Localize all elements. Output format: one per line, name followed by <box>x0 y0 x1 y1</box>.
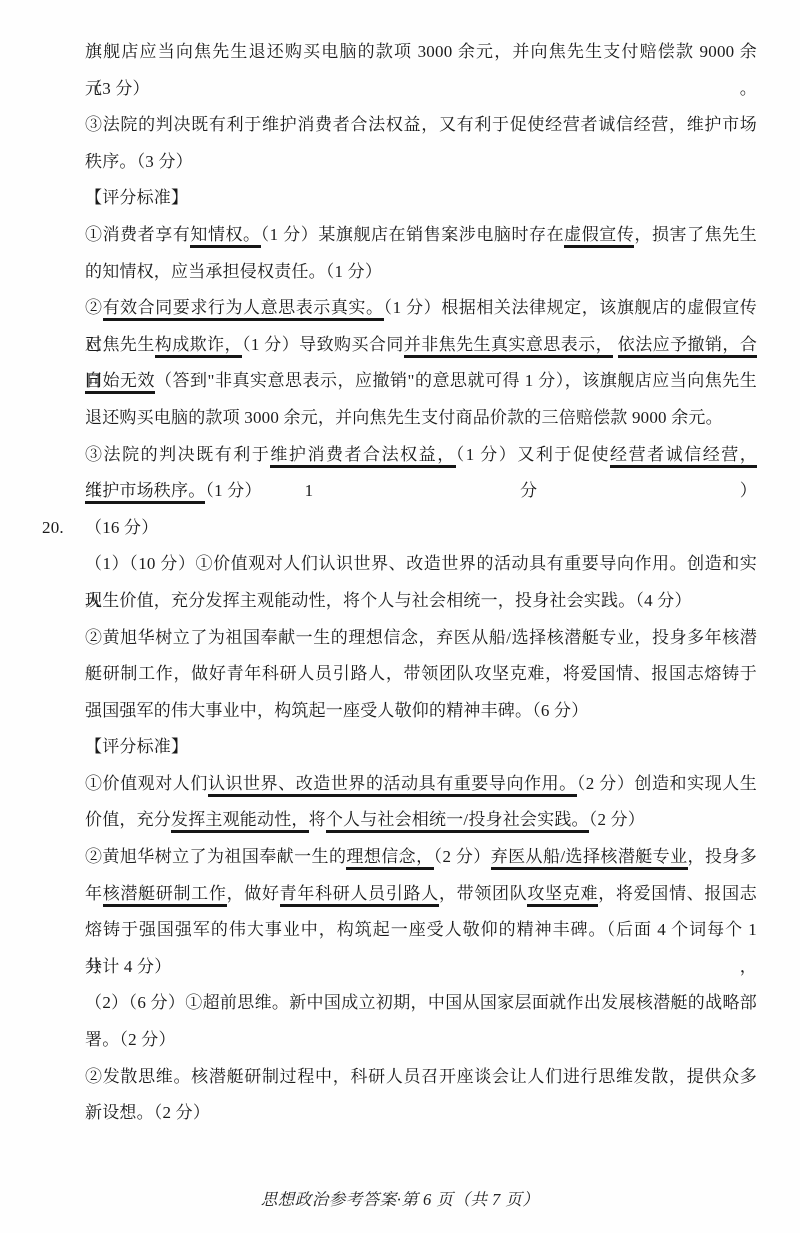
text-line: 强国强军的伟大事业中，构筑起一座受人敬仰的精神丰碑。（6 分） <box>85 693 757 730</box>
text-segment: （1 分）某旗舰店在销售案涉电脑时存在 <box>261 225 565 244</box>
text-segment: （1 分） <box>205 481 261 500</box>
underlined-text: 维护市场秩序。 <box>85 481 205 504</box>
text-line: ③法院的判决既有利于维护消费者合法权益，（1 分）又利于促使经营者诚信经营，（1… <box>85 437 757 474</box>
text-line: （1）（10 分）①价值观对人们认识世界、改造世界的活动具有重要导向作用。创造和… <box>85 546 757 583</box>
text-line: ③法院的判决既有利于维护消费者合法权益，又有利于促使经营者诚信经营，维护市场 <box>85 107 757 144</box>
text-segment: 艇研制工作，做好青年科研人员引路人，带领团队攻坚克难，将爱国情、报国志熔铸于 <box>85 664 757 683</box>
text-segment: 退还购买电脑的款项 3000 余元，并向焦先生支付商品价款的三倍赔偿款 9000… <box>85 408 723 427</box>
text-segment: 【评分标准】 <box>85 188 188 207</box>
text-segment: ，带领团队 <box>439 884 527 903</box>
text-line: 署。（2 分） <box>85 1022 757 1059</box>
underlined-text: 个人与社会相统一/投身社会实践。 <box>326 810 589 833</box>
text-line: 秩序。（3 分） <box>85 144 757 181</box>
underlined-text: 维护消费者合法权益， <box>270 445 455 468</box>
text-line: 对焦先生构成欺诈，（1 分）导致购买合同并非焦先生真实意思表示， 依法应予撤销，… <box>85 327 757 364</box>
text-line: ②黄旭华树立了为祖国奉献一生的理想信念，（2 分）弃医从船/选择核潜艇专业，投身… <box>85 839 757 876</box>
text-segment: （答到"非真实意思表示，应撤销"的意思就可得 1 分），该旗舰店应当向焦先生 <box>155 371 757 390</box>
text-segment: 署。（2 分） <box>85 1030 176 1049</box>
text-line: ①消费者享有知情权。（1 分）某旗舰店在销售案涉电脑时存在虚假宣传，损害了焦先生 <box>85 217 757 254</box>
underlined-text: 青年科研人员引路人 <box>280 884 439 907</box>
text-segment: ，将爱国情、报国志 <box>598 884 757 903</box>
text-segment: ②发散思维。核潜艇研制过程中，科研人员召开座谈会让人们进行思维发散，提供众多 <box>85 1067 757 1086</box>
text-segment: ③法院的判决既有利于维护消费者合法权益，又有利于促使经营者诚信经营，维护市场 <box>85 115 757 134</box>
text-line: 人生价值，充分发挥主观能动性，将个人与社会相统一，投身社会实践。（4 分） <box>85 583 757 620</box>
text-line: ①价值观对人们认识世界、改造世界的活动具有重要导向作用。（2 分）创造和实现人生 <box>85 766 757 803</box>
text-line: 价值，充分发挥主观能动性，将个人与社会相统一/投身社会实践。（2 分） <box>85 802 757 839</box>
text-segment: 对焦先生 <box>85 335 155 354</box>
text-segment: 人生价值，充分发挥主观能动性，将个人与社会相统一，投身社会实践。（4 分） <box>85 591 692 610</box>
text-line: 旗舰店应当向焦先生退还购买电脑的款项 3000 余元，并向焦先生支付赔偿款 90… <box>85 34 757 71</box>
text-segment: （1 分）又利于促使 <box>456 445 610 464</box>
text-segment: ②黄旭华树立了为祖国奉献一生的理想信念，弃医从船/选择核潜艇专业，投身多年核潜 <box>85 628 757 647</box>
page-footer: 思想政治参考答案·第 6 页（共 7 页） <box>0 1186 800 1210</box>
text-line: 【评分标准】 <box>85 180 757 217</box>
text-line: 的知情权，应当承担侵权责任。（1 分） <box>85 254 757 291</box>
underlined-text: 构成欺诈， <box>155 335 242 358</box>
text-segment: （2 分） <box>589 810 645 829</box>
text-line: 自始无效（答到"非真实意思表示，应撤销"的意思就可得 1 分），该旗舰店应当向焦… <box>85 363 757 400</box>
text-segment: ，损害了焦先生 <box>634 225 757 244</box>
text-segment: 强国强军的伟大事业中，构筑起一座受人敬仰的精神丰碑。（6 分） <box>85 701 588 720</box>
text-segment: ②黄旭华树立了为祖国奉献一生的 <box>85 847 346 866</box>
text-segment: （3 分） <box>85 79 150 98</box>
text-segment: 的知情权，应当承担侵权责任。（1 分） <box>85 262 382 281</box>
underlined-text: 发挥主观能动性， <box>171 810 309 833</box>
text-line: 新设想。（2 分） <box>85 1095 757 1132</box>
footer-text: 思想政治参考答案·第 6 页（共 7 页） <box>261 1190 540 1209</box>
text-line: 退还购买电脑的款项 3000 余元，并向焦先生支付商品价款的三倍赔偿款 9000… <box>85 400 757 437</box>
text-line: 年核潜艇研制工作，做好青年科研人员引路人，带领团队攻坚克难，将爱国情、报国志 <box>85 876 757 913</box>
text-segment: （2 分）创造和实现人生 <box>577 774 757 793</box>
underlined-text: 理想信念， <box>346 847 433 870</box>
text-line: ②发散思维。核潜艇研制过程中，科研人员召开座谈会让人们进行思维发散，提供众多 <box>85 1059 757 1096</box>
text-segment: 【评分标准】 <box>85 737 188 756</box>
text-segment: （2 分） <box>434 847 491 866</box>
text-segment: ② <box>85 298 103 317</box>
text-line: 【评分标准】 <box>85 729 757 766</box>
text-line: 20.（16 分） <box>85 510 757 547</box>
underlined-text: 虚假宣传 <box>564 225 634 248</box>
text-segment: ①消费者享有 <box>85 225 190 244</box>
underlined-text: 知情权。 <box>190 225 260 248</box>
text-segment: （1 分）导致购买合同 <box>242 335 404 354</box>
underlined-text: 并非焦先生真实意思表示， <box>404 335 613 358</box>
text-segment: 秩序。（3 分） <box>85 152 193 171</box>
underlined-text: 认识世界、改造世界的活动具有重要导向作用。 <box>208 774 577 797</box>
text-segment: ①价值观对人们 <box>85 774 208 793</box>
underlined-text: 经营者诚信经营， <box>610 445 757 468</box>
underlined-text: 弃医从船/选择核潜艇专业 <box>491 847 688 870</box>
underlined-text: 攻坚克难 <box>527 884 598 907</box>
underlined-text: 有效合同要求行为人意思表示真实。 <box>103 298 384 321</box>
text-segment: （16 分） <box>85 518 158 537</box>
text-line: 熔铸于强国强军的伟大事业中，构筑起一座受人敬仰的精神丰碑。（后面 4 个词每个 … <box>85 912 757 949</box>
text-line: （2）（6 分）①超前思维。新中国成立初期，中国从国家层面就作出发展核潜艇的战略… <box>85 985 757 1022</box>
text-segment: 新设想。（2 分） <box>85 1103 210 1122</box>
underlined-text: 核潜艇研制工作 <box>103 884 227 907</box>
text-segment: （2）（6 分）①超前思维。新中国成立初期，中国从国家层面就作出发展核潜艇的战略… <box>85 993 757 1012</box>
text-line: 艇研制工作，做好青年科研人员引路人，带领团队攻坚克难，将爱国情、报国志熔铸于 <box>85 656 757 693</box>
text-line: ②黄旭华树立了为祖国奉献一生的理想信念，弃医从船/选择核潜艇专业，投身多年核潜 <box>85 620 757 657</box>
text-segment: ，做好 <box>227 884 280 903</box>
answer-text-body: 旗舰店应当向焦先生退还购买电脑的款项 3000 余元，并向焦先生支付赔偿款 90… <box>85 34 757 1132</box>
text-segment: ，投身多 <box>688 847 757 866</box>
underlined-text: 自始无效 <box>85 371 155 394</box>
text-segment: 将 <box>309 810 326 829</box>
text-segment: 旗舰店应当向焦先生退还购买电脑的款项 3000 余元，并向焦先生支付赔偿款 90… <box>85 42 757 98</box>
text-line: ②有效合同要求行为人意思表示真实。（1 分）根据相关法律规定，该旗舰店的虚假宣传… <box>85 290 757 327</box>
text-segment: 年 <box>85 884 103 903</box>
text-segment: 价值，充分 <box>85 810 171 829</box>
text-segment: 熔铸于强国强军的伟大事业中，构筑起一座受人敬仰的精神丰碑。（后面 4 个词每个 … <box>85 920 757 976</box>
text-segment: ③法院的判决既有利于 <box>85 445 270 464</box>
text-segment: 共计 4 分） <box>85 957 171 976</box>
document-page: 旗舰店应当向焦先生退还购买电脑的款项 3000 余元，并向焦先生支付赔偿款 90… <box>0 0 800 1233</box>
question-number: 20. <box>42 510 85 547</box>
